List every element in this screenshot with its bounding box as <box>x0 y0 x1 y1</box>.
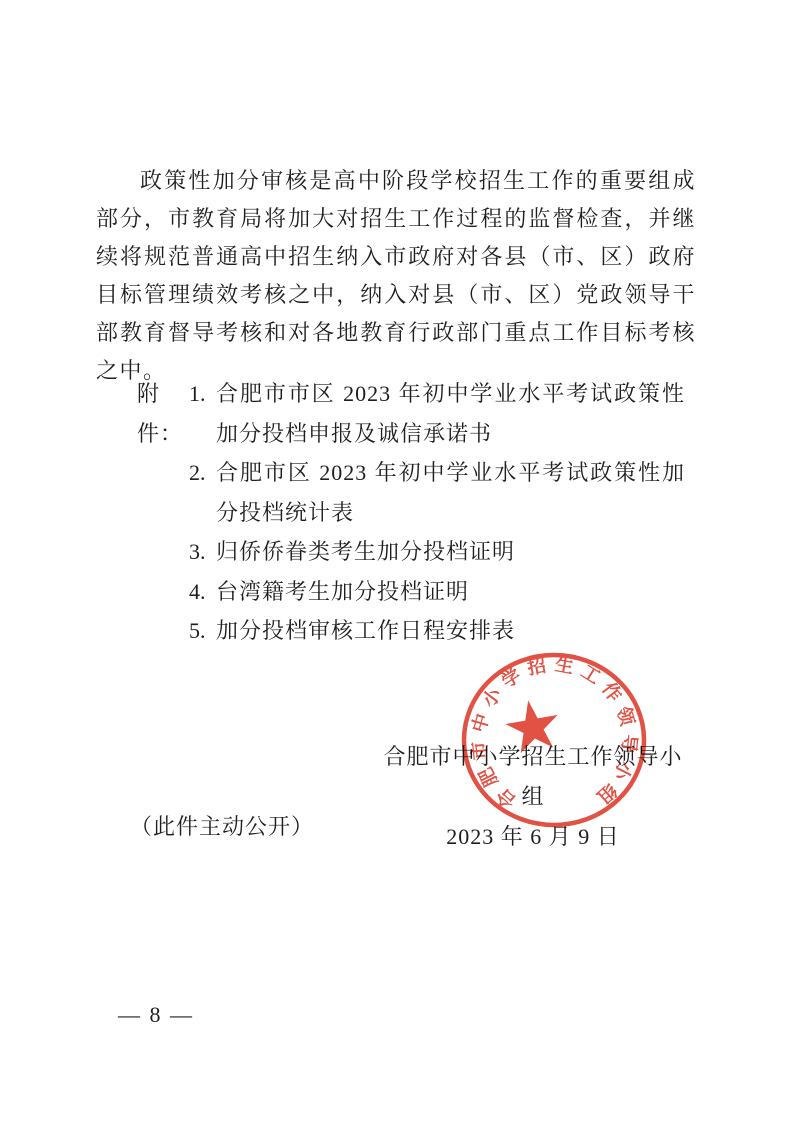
signature-date: 2023 年 6 月 9 日 <box>383 817 683 857</box>
attachments-list: 1. 合肥市市区 2023 年初中学业水平考试政策性加分投档申报及诚信承诺书 2… <box>189 374 685 651</box>
attachment-item: 3. 归侨侨眷类考生加分投档证明 <box>189 532 685 572</box>
attachment-item: 2. 合肥市区 2023 年初中学业水平考试政策性加分投档统计表 <box>189 453 685 532</box>
attachments-section: 附件： 1. 合肥市市区 2023 年初中学业水平考试政策性加分投档申报及诚信承… <box>137 374 685 651</box>
attachments-label: 附件： <box>137 374 189 651</box>
attachment-item-text: 台湾籍考生加分投档证明 <box>216 572 685 612</box>
attachment-item-text: 合肥市区 2023 年初中学业水平考试政策性加分投档统计表 <box>216 453 685 532</box>
body-paragraph: 政策性加分审核是高中阶段学校招生工作的重要组成部分，市教育局将加大对招生工作过程… <box>96 162 696 390</box>
attachment-item-number: 1. <box>189 374 216 453</box>
signature-block: 合肥市中小学招生工作领导小组 2023 年 6 月 9 日 <box>383 737 683 857</box>
page-number: — 8 — <box>118 1002 194 1028</box>
attachment-item-text: 合肥市市区 2023 年初中学业水平考试政策性加分投档申报及诚信承诺书 <box>216 374 685 453</box>
attachment-item-number: 2. <box>189 453 216 532</box>
attachment-item-number: 5. <box>189 611 216 651</box>
attachment-item: 4. 台湾籍考生加分投档证明 <box>189 572 685 612</box>
attachment-item-text: 加分投档审核工作日程安排表 <box>216 611 685 651</box>
signature-org: 合肥市中小学招生工作领导小组 <box>383 737 683 817</box>
document-page: 政策性加分审核是高中阶段学校招生工作的重要组成部分，市教育局将加大对招生工作过程… <box>0 0 793 1122</box>
disclosure-note: （此件主动公开） <box>130 810 314 841</box>
attachment-item: 1. 合肥市市区 2023 年初中学业水平考试政策性加分投档申报及诚信承诺书 <box>189 374 685 453</box>
attachment-item-number: 3. <box>189 532 216 572</box>
attachment-item-text: 归侨侨眷类考生加分投档证明 <box>216 532 685 572</box>
attachment-item-number: 4. <box>189 572 216 612</box>
attachment-item: 5. 加分投档审核工作日程安排表 <box>189 611 685 651</box>
